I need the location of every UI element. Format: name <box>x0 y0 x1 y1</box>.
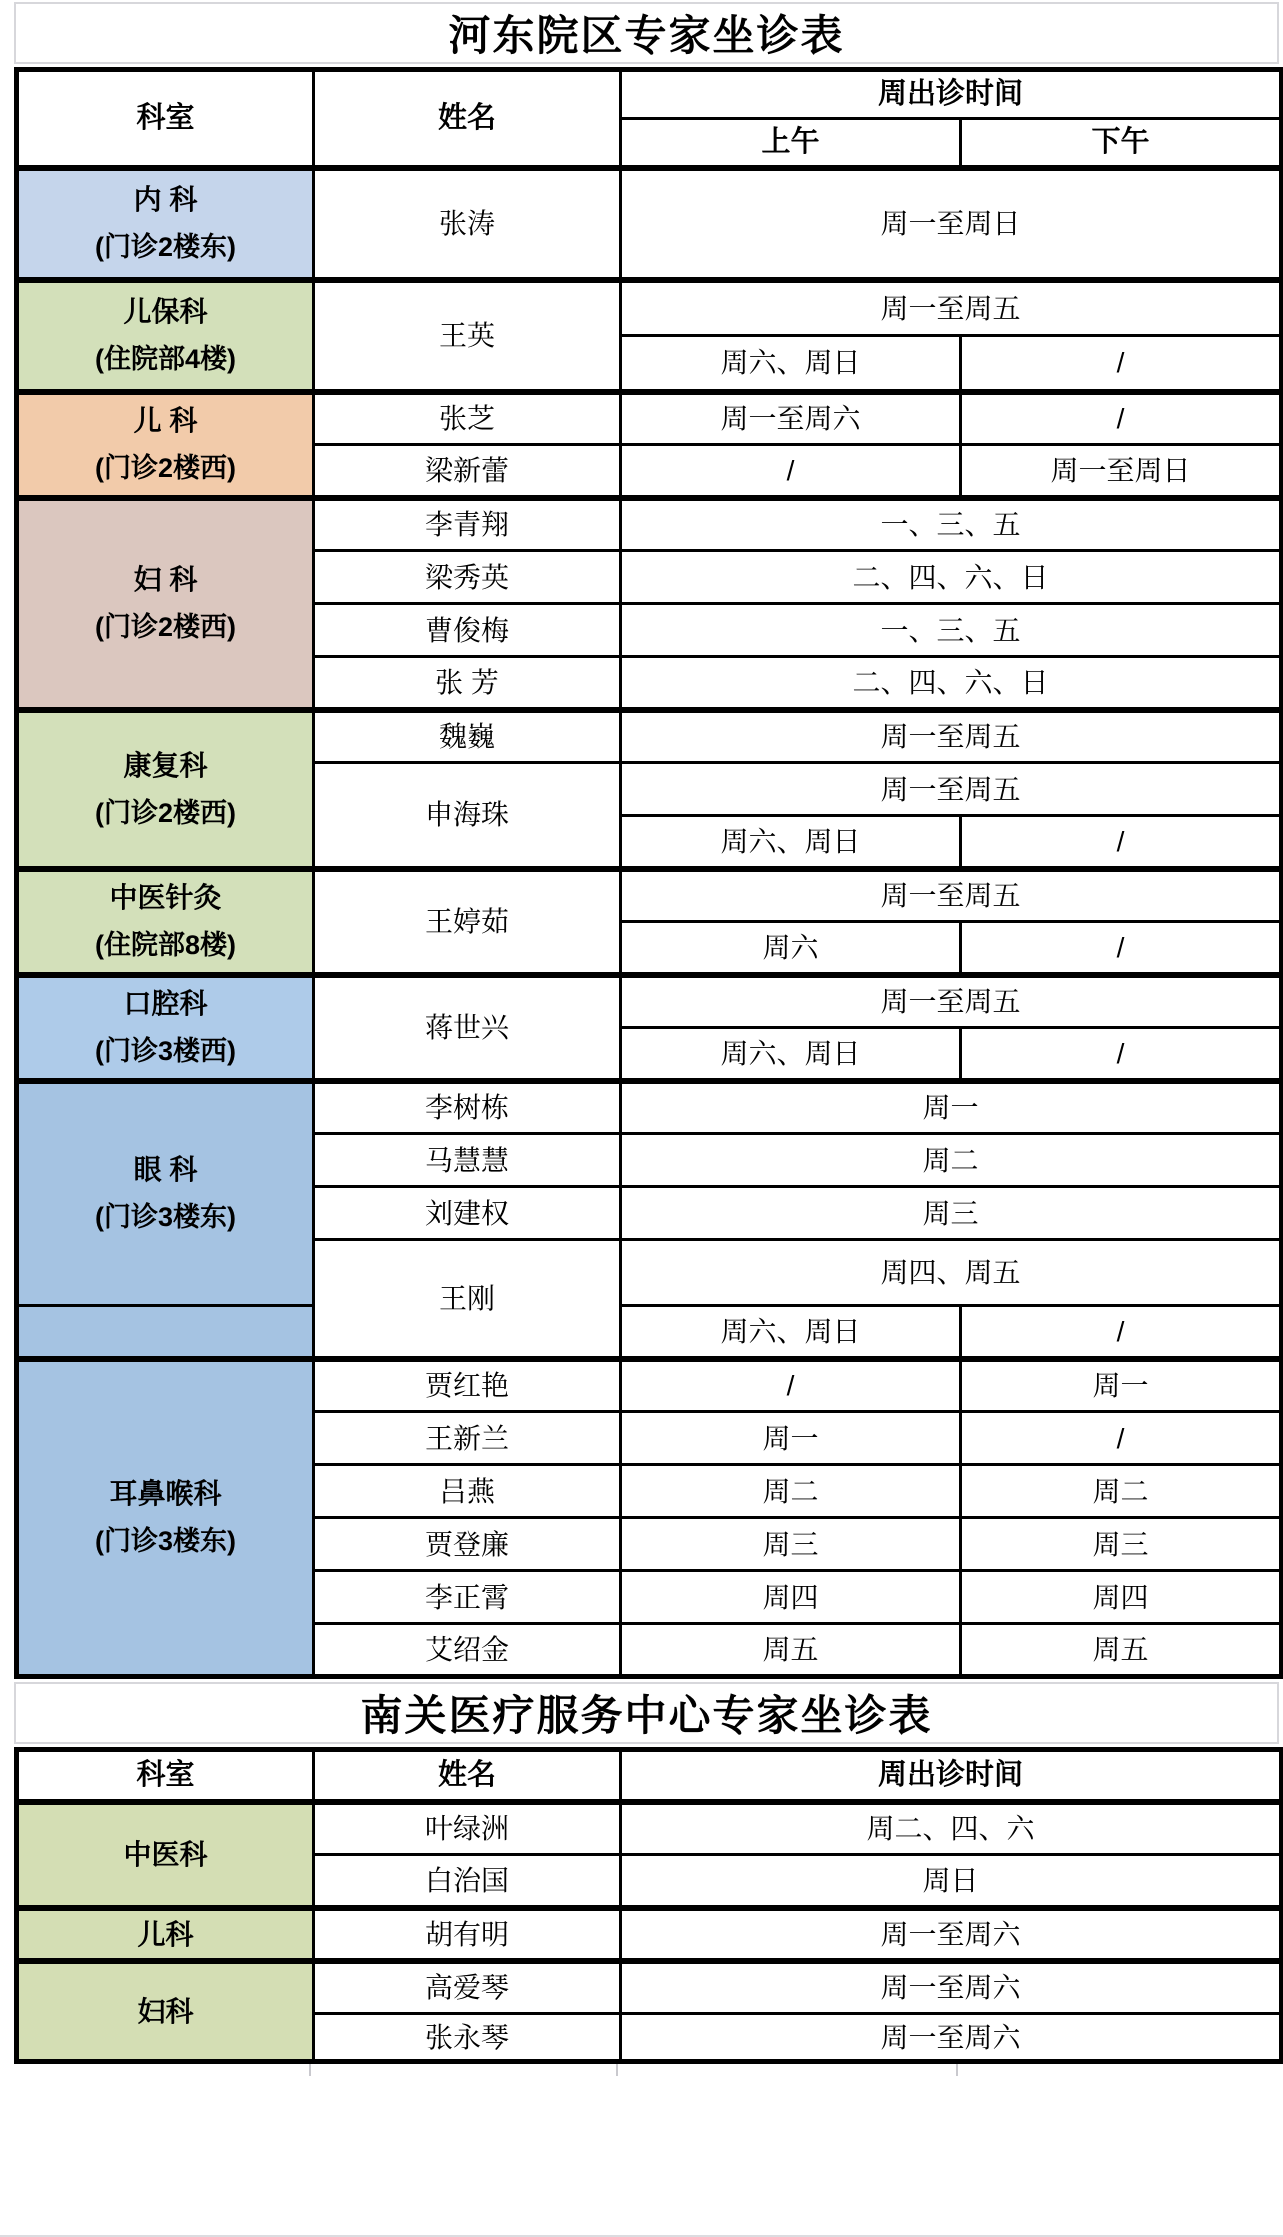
dept-location: (门诊2楼西) <box>95 611 236 645</box>
doctor-name: 高爱琴 <box>314 1961 621 2014</box>
schedule-am: 周六、周日 <box>621 1306 961 1359</box>
schedule-time: 周一至周六 <box>621 1908 1282 1961</box>
dept-cell: 内 科 (门诊2楼东) <box>17 168 314 280</box>
schedule-pm: / <box>961 336 1282 392</box>
doctor-name: 王英 <box>314 280 621 392</box>
doctor-name: 叶绿洲 <box>314 1802 621 1855</box>
dept-cell-empty <box>17 1306 314 1359</box>
doctor-name: 曹俊梅 <box>314 604 621 657</box>
schedule-both: 周一至周五 <box>621 280 1282 336</box>
doctor-name: 梁秀英 <box>314 551 621 604</box>
table-row: 儿保科 (住院部4楼) 王英 周一至周五 <box>17 280 1282 336</box>
dept-name: 妇科 <box>137 1996 193 2027</box>
dept-location: (门诊3楼东) <box>95 1201 236 1235</box>
dept-name: 康复科 <box>123 748 207 783</box>
table-row: 周六、周日 / <box>17 1306 1282 1359</box>
header-time: 周出诊时间 <box>621 70 1282 119</box>
schedule-both: 周三 <box>621 1187 1282 1240</box>
table-row: 中医针灸 (住院部8楼) 王婷茹 周一至周五 <box>17 869 1282 922</box>
schedule-pm: 周二 <box>961 1465 1282 1518</box>
doctor-name: 马慧慧 <box>314 1134 621 1187</box>
dept-location: (门诊2楼西) <box>95 797 236 831</box>
schedule-time: 周二、四、六 <box>621 1802 1282 1855</box>
table-row: 儿 科 (门诊2楼西) 张芝 周一至周六 / <box>17 392 1282 445</box>
header-time: 周出诊时间 <box>621 1750 1282 1802</box>
table-row: 内 科 (门诊2楼东) 张涛 周一至周日 <box>17 168 1282 280</box>
schedule-am: / <box>621 445 961 498</box>
header-dept: 科室 <box>17 70 314 168</box>
dept-cell: 儿科 <box>17 1908 314 1961</box>
doctor-name: 张永琴 <box>314 2014 621 2062</box>
dept-location: (住院部4楼) <box>95 343 236 377</box>
cropped-next-row <box>14 2064 1279 2076</box>
dept-name: 妇 科 <box>134 562 198 597</box>
schedule-pm: / <box>961 1028 1282 1081</box>
table-header-row: 科室 姓名 周出诊时间 <box>17 1750 1282 1802</box>
dept-name: 儿保科 <box>123 294 207 329</box>
dept-cell: 耳鼻喉科 (门诊3楼东) <box>17 1359 314 1677</box>
dept-name: 耳鼻喉科 <box>109 1476 221 1511</box>
dept-cell: 中医科 <box>17 1802 314 1908</box>
dept-name: 中医针灸 <box>109 880 221 915</box>
dept-name: 儿 科 <box>134 403 198 438</box>
table-row: 眼 科 (门诊3楼东) 李树栋 周一 <box>17 1081 1282 1134</box>
schedule-am: 周六、周日 <box>621 336 961 392</box>
table-row: 儿科 胡有明 周一至周六 <box>17 1908 1282 1961</box>
doctor-name: 李树栋 <box>314 1081 621 1134</box>
schedule-am: 周三 <box>621 1518 961 1571</box>
table-row: 耳鼻喉科 (门诊3楼东) 贾红艳 / 周一 <box>17 1359 1282 1412</box>
dept-location: (住院部8楼) <box>95 929 236 963</box>
table-row: 妇 科 (门诊2楼西) 李青翔 一、三、五 <box>17 498 1282 551</box>
table2-title-band: 南关医疗服务中心专家坐诊表 <box>14 1682 1279 1744</box>
schedule-both: 周四、周五 <box>621 1240 1282 1306</box>
doctor-name: 贾登廉 <box>314 1518 621 1571</box>
schedule-pm: 周一 <box>961 1359 1282 1412</box>
doctor-name: 李青翔 <box>314 498 621 551</box>
schedule-time: 周一至周六 <box>621 2014 1282 2062</box>
dept-name: 口腔科 <box>123 986 207 1021</box>
dept-cell: 康复科 (门诊2楼西) <box>17 710 314 869</box>
schedule-am: / <box>621 1359 961 1412</box>
schedule-both: 周一至周五 <box>621 763 1282 816</box>
dept-location: (门诊2楼西) <box>95 452 236 486</box>
table2-title: 南关医疗服务中心专家坐诊表 <box>360 1683 932 1743</box>
dept-cell: 中医针灸 (住院部8楼) <box>17 869 314 975</box>
schedule-time: 周日 <box>621 1855 1282 1908</box>
doctor-name: 刘建权 <box>314 1187 621 1240</box>
schedule-am: 周六、周日 <box>621 1028 961 1081</box>
table-row: 康复科 (门诊2楼西) 魏巍 周一至周五 <box>17 710 1282 763</box>
doctor-name: 王刚 <box>314 1240 621 1359</box>
dept-cell: 儿保科 (住院部4楼) <box>17 280 314 392</box>
doctor-name: 胡有明 <box>314 1908 621 1961</box>
doctor-name: 艾绍金 <box>314 1624 621 1677</box>
header-am: 上午 <box>621 119 961 168</box>
schedule-both: 二、四、六、日 <box>621 551 1282 604</box>
table-row: 中医科 叶绿洲 周二、四、六 <box>17 1802 1282 1855</box>
doctor-name: 白治国 <box>314 1855 621 1908</box>
table-row: 口腔科 (门诊3楼西) 蒋世兴 周一至周五 <box>17 975 1282 1028</box>
header-name: 姓名 <box>314 1750 621 1802</box>
dept-cell: 妇 科 (门诊2楼西) <box>17 498 314 710</box>
table1-title: 河东院区专家坐诊表 <box>448 3 844 63</box>
schedule-table-nanguan: 科室 姓名 周出诊时间 中医科 叶绿洲 周二、四、六 白治国 周日 儿科 胡有明… <box>14 1747 1283 2064</box>
schedule-am: 周五 <box>621 1624 961 1677</box>
doctor-name: 蒋世兴 <box>314 975 621 1081</box>
schedule-both: 周二 <box>621 1134 1282 1187</box>
schedule-am: 周二 <box>621 1465 961 1518</box>
dept-cell: 口腔科 (门诊3楼西) <box>17 975 314 1081</box>
dept-name: 儿科 <box>137 1919 193 1950</box>
schedule-am: 周一 <box>621 1412 961 1465</box>
schedule-both: 周一至周日 <box>621 168 1282 280</box>
table-header-row: 科室 姓名 周出诊时间 <box>17 70 1282 119</box>
doctor-name: 吕燕 <box>314 1465 621 1518</box>
doctor-name: 梁新蕾 <box>314 445 621 498</box>
dept-name: 内 科 <box>134 182 198 217</box>
doctor-name: 张芝 <box>314 392 621 445</box>
schedule-both: 周一至周五 <box>621 869 1282 922</box>
schedule-table-hedong: 科室 姓名 周出诊时间 上午 下午 内 科 (门诊2楼东) 张涛 周一至周日 儿… <box>14 67 1283 1679</box>
header-name: 姓名 <box>314 70 621 168</box>
dept-location: (门诊3楼东) <box>95 1525 236 1559</box>
schedule-pm: 周五 <box>961 1624 1282 1677</box>
table1-title-band: 河东院区专家坐诊表 <box>14 2 1279 64</box>
doctor-name: 张涛 <box>314 168 621 280</box>
schedule-pm: 周三 <box>961 1518 1282 1571</box>
dept-name: 眼 科 <box>134 1152 198 1187</box>
schedule-pm: / <box>961 392 1282 445</box>
doctor-name: 李正霄 <box>314 1571 621 1624</box>
schedule-both: 一、三、五 <box>621 498 1282 551</box>
header-dept: 科室 <box>17 1750 314 1802</box>
doctor-name: 贾红艳 <box>314 1359 621 1412</box>
schedule-pm: / <box>961 816 1282 869</box>
schedule-both: 周一 <box>621 1081 1282 1134</box>
schedule-am: 周六 <box>621 922 961 975</box>
schedule-both: 周一至周五 <box>621 710 1282 763</box>
schedule-both: 二、四、六、日 <box>621 657 1282 710</box>
schedule-am: 周一至周六 <box>621 392 961 445</box>
grid-line <box>956 2064 958 2076</box>
schedule-pm: / <box>961 922 1282 975</box>
schedule-pm: 周一至周日 <box>961 445 1282 498</box>
doctor-name: 王新兰 <box>314 1412 621 1465</box>
doctor-name: 申海珠 <box>314 763 621 869</box>
schedule-both: 周一至周五 <box>621 975 1282 1028</box>
header-pm: 下午 <box>961 119 1282 168</box>
dept-location: (门诊2楼东) <box>95 231 236 265</box>
schedule-time: 周一至周六 <box>621 1961 1282 2014</box>
dept-name: 中医科 <box>123 1839 207 1870</box>
schedule-pm: / <box>961 1306 1282 1359</box>
grid-line <box>616 2064 618 2076</box>
doctor-name: 魏巍 <box>314 710 621 763</box>
dept-cell: 眼 科 (门诊3楼东) <box>17 1081 314 1306</box>
schedule-am: 周四 <box>621 1571 961 1624</box>
doctor-name: 王婷茹 <box>314 869 621 975</box>
schedule-pm: 周四 <box>961 1571 1282 1624</box>
doctor-name: 张 芳 <box>314 657 621 710</box>
dept-cell: 儿 科 (门诊2楼西) <box>17 392 314 498</box>
dept-cell: 妇科 <box>17 1961 314 2062</box>
schedule-pm: / <box>961 1412 1282 1465</box>
schedule-both: 一、三、五 <box>621 604 1282 657</box>
table-row: 妇科 高爱琴 周一至周六 <box>17 1961 1282 2014</box>
dept-location: (门诊3楼西) <box>95 1035 236 1069</box>
grid-line <box>309 2064 311 2076</box>
schedule-am: 周六、周日 <box>621 816 961 869</box>
